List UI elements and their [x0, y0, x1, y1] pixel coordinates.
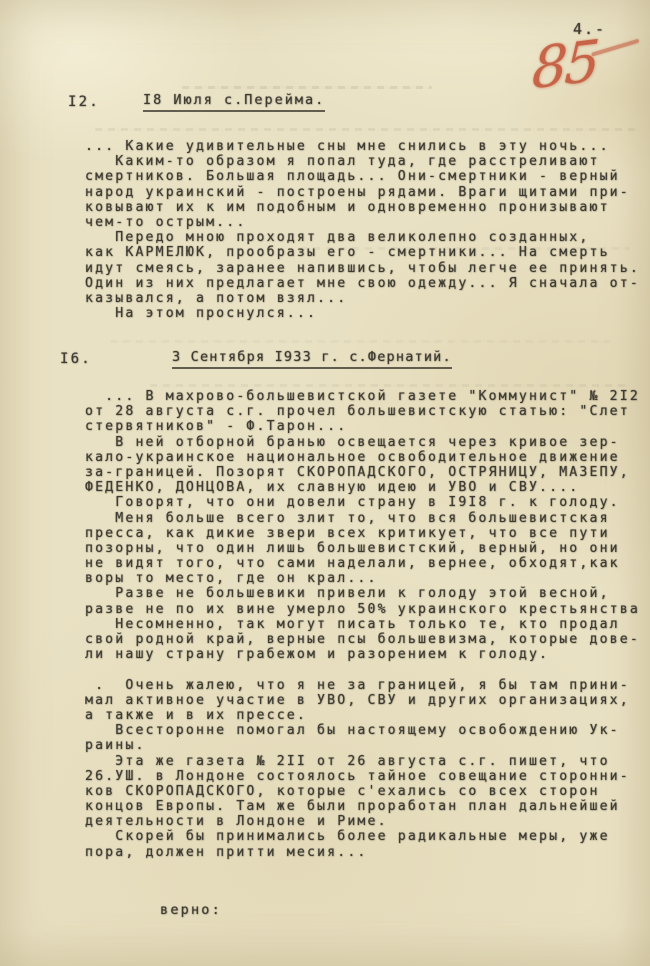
typewritten-text-line: Каким-то образом я попал туда, где расст… [85, 154, 650, 169]
entry-text-block: ... В махрово-большевистской газете "Ком… [85, 389, 650, 860]
typewritten-text-line: ли нашу страну грабежом и разорением к г… [85, 647, 650, 662]
typewritten-text-line: Разве не большевики привели к голоду это… [85, 586, 650, 601]
typewritten-text-line: Передо мною проходят два великолепно соз… [85, 230, 650, 245]
faint-impression-line [95, 128, 640, 131]
typewritten-text-line: а также и в их прессе. [85, 708, 650, 723]
typewritten-text-line: концов Европы. Там же были проработан пл… [85, 799, 650, 814]
typewritten-text-line: ФЕДЕНКО, ДОНЦОВА, их славную идею и УВО … [85, 480, 650, 495]
scanned-document-page: 4.- 85 I2. I8 Июля с.Перейма. ... Какие … [0, 0, 650, 966]
handwritten-red-annotation: 85 [531, 34, 599, 99]
typewritten-text-line: . Очень жалею, что я не за границей, я б… [85, 678, 650, 693]
entry-number: I2. [68, 94, 100, 110]
typewritten-text-line: пресса, как дикие звери всех критикует, … [85, 526, 650, 541]
typewritten-text-line: воры то место, где он крал... [85, 571, 650, 586]
typewritten-text-line: ... Какие удивительные сны мне снились в… [85, 139, 650, 154]
typewritten-text-line: не видят того, что сами наделали, вернее… [85, 556, 650, 571]
typewritten-text-line: за-границей. Позорят СКОРОПАДСКОГО, ОСТР… [85, 465, 650, 480]
typewritten-text-line: ... В махрово-большевистской газете "Ком… [85, 389, 650, 404]
typewritten-text-line: идут смеясь, заранее напившись, чтобы ле… [85, 261, 650, 276]
typewritten-text-line: народ украинский - построены рядами. Вра… [85, 185, 650, 200]
typewritten-text-line: свой родной край, верные псы большевизма… [85, 632, 650, 647]
typewritten-text-line: Скорей бы принимались более радикальные … [85, 829, 650, 844]
typewritten-text-line: Всесторонне помогал бы настоящему освобо… [85, 723, 650, 738]
typewritten-text-line: смертников. Большая площадь... Они-смерт… [85, 169, 650, 184]
typewritten-text-line: деятельности в Лондоне и Риме. [85, 814, 650, 829]
entry-heading: 3 Сентября I933 г. с.Фернатий. [172, 349, 452, 369]
typewritten-text-line: Говорят, что они довели страну в I9I8 г.… [85, 495, 650, 510]
typewritten-text-line: раины. [85, 738, 650, 753]
entry-text-block: ... Какие удивительные сны мне снились в… [85, 139, 650, 321]
typewritten-text-line: 26.УШ. в Лондоне состоялось тайное совещ… [85, 769, 650, 784]
typewritten-text-line: казывался, а потом взял... [85, 291, 650, 306]
typewritten-text-line: Один из них предлагает мне свою одежду..… [85, 276, 650, 291]
typewritten-text-line: от 28 августа с.г. прочел большевистскую… [85, 404, 650, 419]
typewritten-text-line: Меня больше всего злит то, что вся больш… [85, 511, 650, 526]
typewritten-text-line: мал активное участие в УВО, СВУ и других… [85, 693, 650, 708]
typewritten-text-line: стервятников" - Ф.Тарон... [85, 419, 650, 434]
typewritten-text-line [85, 662, 650, 677]
faint-impression-line [182, 86, 432, 89]
typewritten-text-line: пора, должен притти месия... [85, 845, 650, 860]
typewritten-text-line: кало-украинское национальное освободител… [85, 450, 650, 465]
typewritten-text-line: В ней отборной бранью освещается через к… [85, 435, 650, 450]
certification-label: верно: [160, 902, 222, 918]
typewritten-text-line: ковывают их к им подобным и одновременно… [85, 200, 650, 215]
entry-number: I6. [60, 351, 92, 367]
typewritten-text-line: разве не по их вине умерло 50% украинско… [85, 602, 650, 617]
typewritten-text-line: позорны, что один лишь большевистский, в… [85, 541, 650, 556]
typewritten-text-line: Эта же газета № 2II от 26 августа с.г. п… [85, 754, 650, 769]
faint-impression-line [110, 340, 610, 343]
typewritten-text-line: как КАРМЕЛЮК, прообразы его - смертники.… [85, 245, 650, 260]
typewritten-text-line: Несомненно, так могут писать только те, … [85, 617, 650, 632]
faint-impression-line [150, 384, 630, 387]
entry-heading: I8 Июля с.Перейма. [143, 92, 325, 112]
typewritten-text-line: ков СКОРОПАДСКОГО, которые с'ехались со … [85, 784, 650, 799]
typewritten-text-line: чем-то острым... [85, 215, 650, 230]
typewritten-text-line: На этом проснулся... [85, 306, 650, 321]
